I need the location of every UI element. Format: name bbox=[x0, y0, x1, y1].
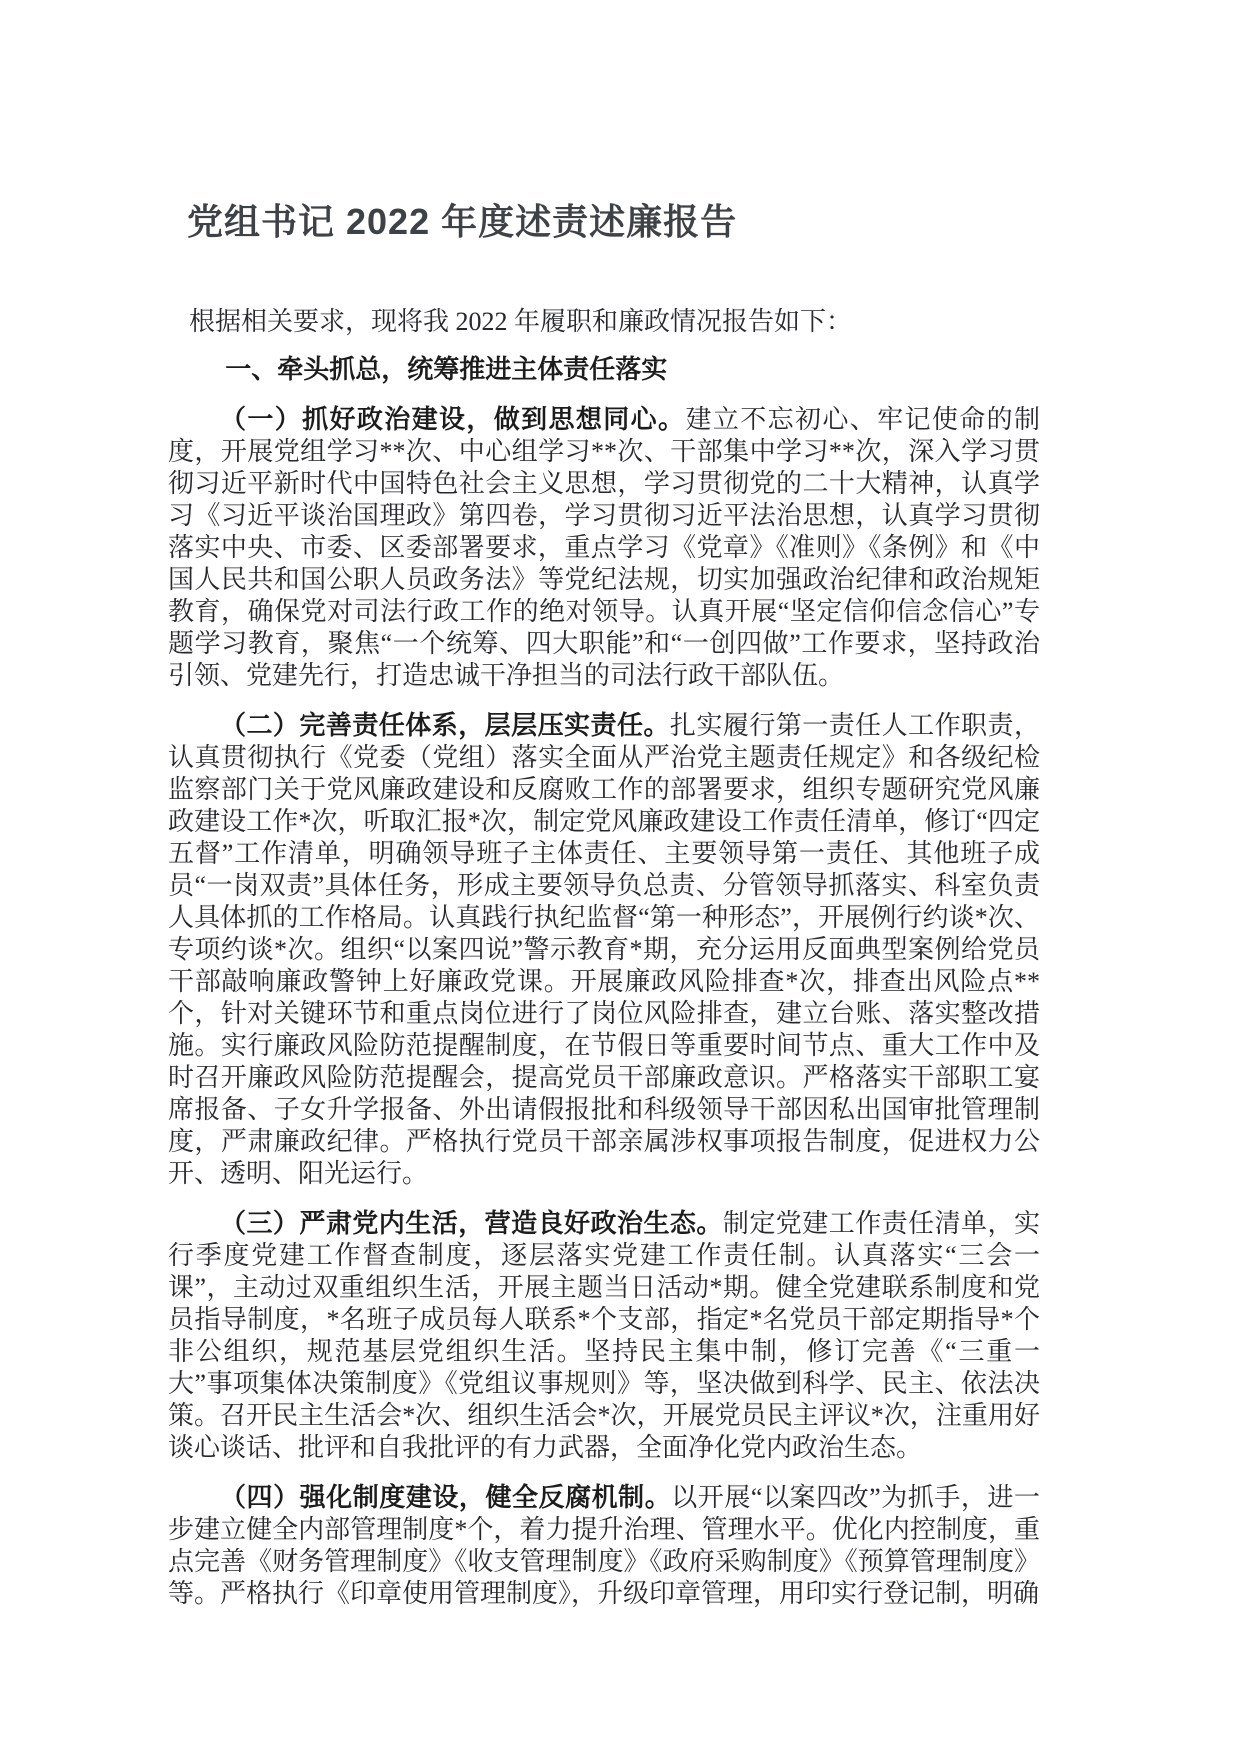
document-title: 党组书记 2022 年度述责述廉报告 bbox=[187, 200, 1040, 244]
paragraph-1: （一）抓好政治建设，做到思想同心。建立不忘初心、牢记使命的制度，开展党组学习**… bbox=[168, 404, 1040, 692]
document-content: 党组书记 2022 年度述责述廉报告 根据相关要求，现将我 2022 年履职和廉… bbox=[168, 0, 1040, 1610]
section-heading: 一、牵头抓总，统筹推进主体责任落实 bbox=[168, 354, 1040, 386]
paragraph-3-lead: （三）严肃党内生活，营造良好政治生态。 bbox=[220, 1209, 723, 1238]
paragraph-4-lead: （四）强化制度建设，健全反腐机制。 bbox=[220, 1483, 671, 1512]
paragraph-3-body: 制定党建工作责任清单，实行季度党建工作督查制度，逐层落实党建工作责任制。认真落实… bbox=[168, 1209, 1040, 1462]
paragraph-4: （四）强化制度建设，健全反腐机制。以开展“以案四改”为抓手，进一步建立健全内部管… bbox=[168, 1482, 1040, 1610]
paragraph-2-body: 扎实履行第一责任人工作职责，认真贯彻执行《党委（党组）落实全面从严治党主题责任规… bbox=[168, 711, 1040, 1188]
paragraph-3: （三）严肃党内生活，营造良好政治生态。制定党建工作责任清单，实行季度党建工作督查… bbox=[168, 1208, 1040, 1464]
paragraph-1-lead: （一）抓好政治建设，做到思想同心。 bbox=[220, 405, 685, 434]
intro-paragraph: 根据相关要求，现将我 2022 年履职和廉政情况报告如下： bbox=[168, 306, 1040, 338]
paragraph-1-body: 建立不忘初心、牢记使命的制度，开展党组学习**次、中心组学习**次、干部集中学习… bbox=[168, 405, 1040, 690]
paragraph-2: （二）完善责任体系，层层压实责任。扎实履行第一责任人工作职责，认真贯彻执行《党委… bbox=[168, 710, 1040, 1190]
document-page: 党组书记 2022 年度述责述廉报告 根据相关要求，现将我 2022 年履职和廉… bbox=[0, 0, 1240, 1754]
paragraph-2-lead: （二）完善责任体系，层层压实责任。 bbox=[220, 711, 670, 740]
